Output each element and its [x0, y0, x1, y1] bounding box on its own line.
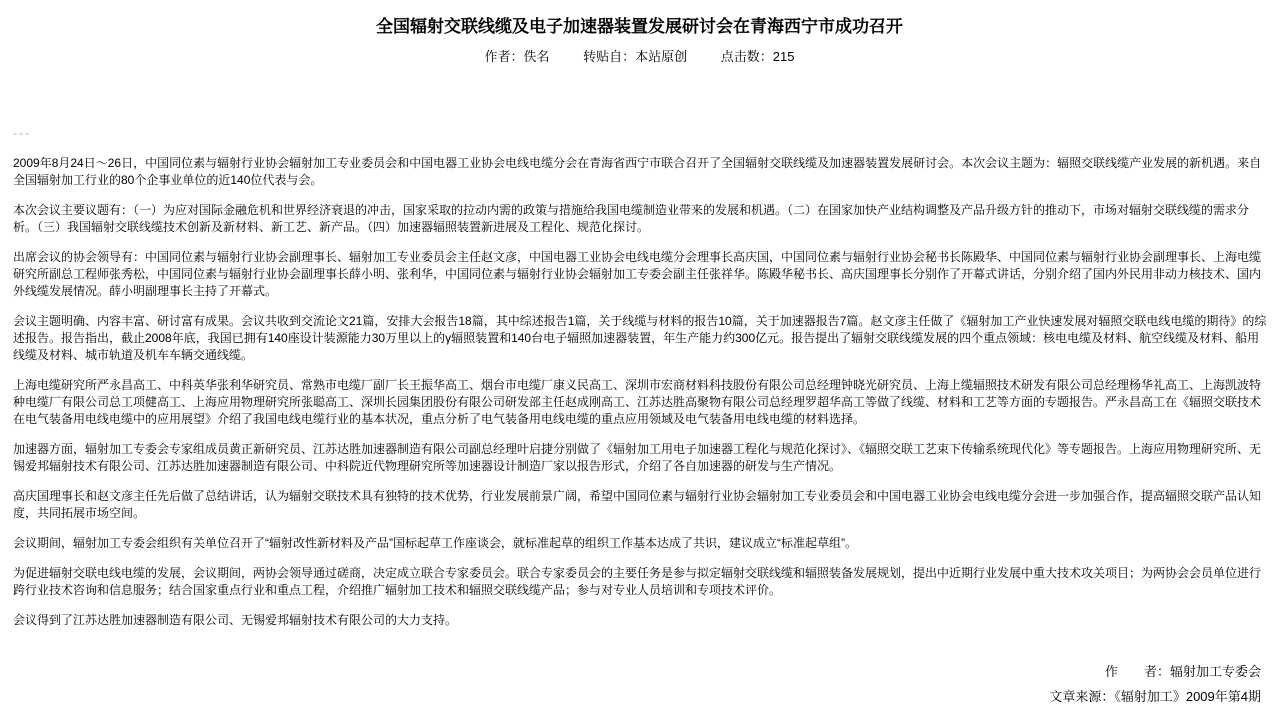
article-paragraph-6: 加速器方面，辐射加工专委会专家组成员黄正新研究员、江苏达胜加速器制造有限公司副总…	[13, 441, 1271, 475]
article-paragraph-1: 2009年8月24日～26日，中国同位素与辐射行业协会辐射加工专业委员会和中国电…	[13, 155, 1271, 189]
article-separator: ---	[13, 125, 1271, 142]
page-title: 全国辐射交联线缆及电子加速器装置发展研讨会在青海西宁市成功召开	[0, 0, 1279, 38]
article-paragraph-9: 为促进辐射交联电线电缆的发展，会议期间，两协会领导通过磋商，决定成立联合专家委员…	[13, 565, 1271, 599]
article-footer: 作 者：辐射加工专委会 文章来源：《辐射加工》2009年第4期	[0, 663, 1279, 705]
article-paragraph-8: 会议期间，辐射加工专委会组织有关单位召开了“辐射改性新材料及产品”国标起草工作座…	[13, 535, 1271, 552]
footer-source: 文章来源：《辐射加工》2009年第4期	[0, 688, 1261, 705]
article-paragraph-7: 高庆国理事长和赵文彦主任先后做了总结讲话，认为辐射交联技术具有独特的技术优势，行…	[13, 488, 1271, 522]
meta-hits: 点击数：215	[721, 48, 795, 65]
article-paragraph-10: 会议得到了江苏达胜加速器制造有限公司、无锡爱邦辐射技术有限公司的大力支持。	[13, 612, 1271, 629]
article-body: --- 2009年8月24日～26日，中国同位素与辐射行业协会辐射加工专业委员会…	[0, 125, 1279, 629]
article-paragraph-4: 会议主题明确、内容丰富、研讨富有成果。会议共收到交流论文21篇，安排大会报告18…	[13, 313, 1271, 364]
article-meta: 作者：佚名 转贴自：本站原创 点击数：215	[0, 48, 1279, 65]
article-page: 全国辐射交联线缆及电子加速器装置发展研讨会在青海西宁市成功召开 作者：佚名 转贴…	[0, 0, 1279, 706]
footer-author: 作 者：辐射加工专委会	[0, 663, 1261, 680]
meta-author: 作者：佚名	[485, 48, 550, 65]
article-paragraph-3: 出席会议的协会领导有：中国同位素与辐射行业协会副理事长、辐射加工专业委员会主任赵…	[13, 249, 1271, 300]
article-paragraph-2: 本次会议主要议题有：（一）为应对国际金融危机和世界经济衰退的冲击，国家采取的拉动…	[13, 202, 1271, 236]
article-paragraph-5: 上海电缆研究所严永昌高工、中科英华张利华研究员、常熟市电缆厂副厂长王振华高工、烟…	[13, 377, 1271, 428]
meta-source: 转贴自：本站原创	[583, 48, 687, 65]
